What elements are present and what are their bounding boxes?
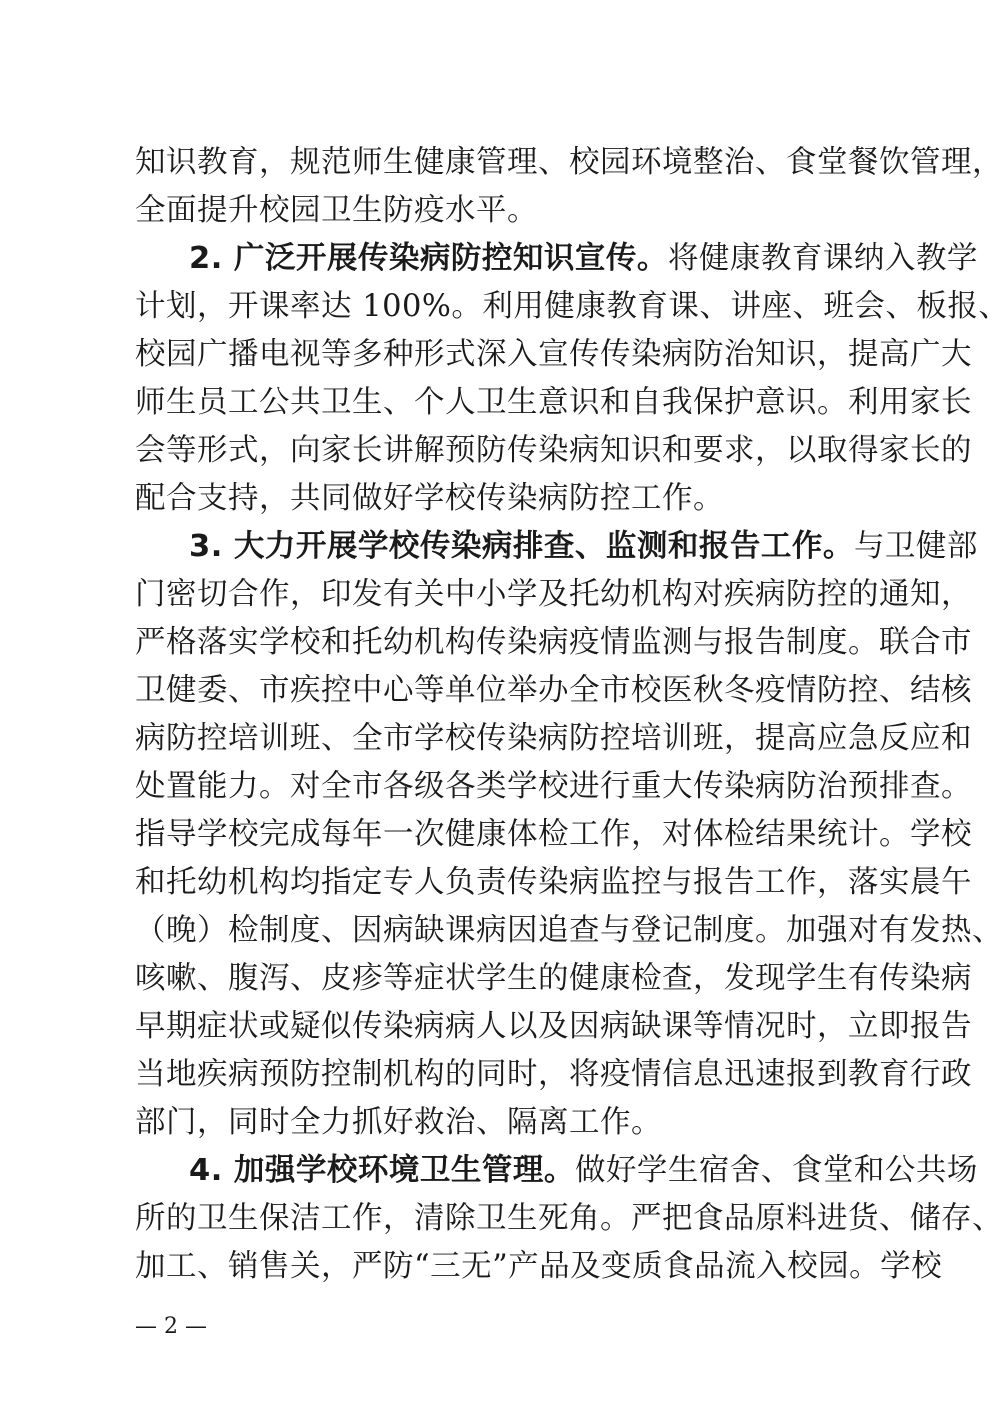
text-line: 配合支持，共同做好学校传染病防控工作。 (135, 476, 865, 522)
text-line: 处置能力。对全市各级各类学校进行重大传染病防治预排查。 (135, 764, 865, 810)
text-line: 全面提升校园卫生防疫水平。 (135, 188, 865, 234)
text-line: 所的卫生保洁工作，清除卫生死角。严把食品原料进货、储存、 (135, 1196, 865, 1242)
text-segment: 与卫健部 (854, 529, 978, 564)
text-line: 会等形式，向家长讲解预防传染病知识和要求，以取得家长的 (135, 428, 865, 474)
text-segment: 将健康教育课纳入教学 (668, 241, 978, 276)
text-line: 当地疾病预防控制机构的同时，将疫情信息迅速报到教育行政 (135, 1052, 865, 1098)
text-line: 卫健委、市疾控中心等单位举办全市校医秋冬疫情防控、结核 (135, 668, 865, 714)
text-line: 早期症状或疑似传染病病人以及因病缺课等情况时，立即报告 (135, 1004, 865, 1050)
text-line: 咳嗽、腹泻、皮疹等症状学生的健康检查，发现学生有传染病 (135, 956, 865, 1002)
text-line: 严格落实学校和托幼机构传染病疫情监测与报告制度。联合市 (135, 620, 865, 666)
text-line: （晚）检制度、因病缺课病因追查与登记制度。加强对有发热、 (135, 908, 865, 954)
item-4-first-line: 4. 加强学校环境卫生管理。做好学生宿舍、食堂和公共场 (135, 1148, 865, 1194)
item-2-heading: 2. 广泛开展传染病防控知识宣传。 (189, 241, 668, 276)
item-4-heading: 4. 加强学校环境卫生管理。 (189, 1153, 575, 1188)
text-line: 校园广播电视等多种形式深入宣传传染病防治知识，提高广大 (135, 332, 865, 378)
item-2-first-line: 2. 广泛开展传染病防控知识宣传。将健康教育课纳入教学 (135, 236, 865, 282)
text-line: 加工、销售关，严防“三无”产品及变质食品流入校园。学校 (135, 1244, 865, 1290)
text-line: 和托幼机构均指定专人负责传染病监控与报告工作，落实晨午 (135, 860, 865, 906)
text-line: 师生员工公共卫生、个人卫生意识和自我保护意识。利用家长 (135, 380, 865, 426)
text-segment: 做好学生宿舍、食堂和公共场 (575, 1153, 978, 1188)
page-number: — 2 — (135, 1313, 207, 1341)
text-line: 病防控培训班、全市学校传染病防控培训班，提高应急反应和 (135, 716, 865, 762)
text-line: 知识教育，规范师生健康管理、校园环境整治、食堂餐饮管理， (135, 140, 865, 186)
text-line: 部门，同时全力抓好救治、隔离工作。 (135, 1100, 865, 1146)
text-line: 门密切合作，印发有关中小学及托幼机构对疾病防控的通知， (135, 572, 865, 618)
item-3-heading: 3. 大力开展学校传染病排查、监测和报告工作。 (189, 529, 854, 564)
text-line: 指导学校完成每年一次健康体检工作，对体检结果统计。学校 (135, 812, 865, 858)
text-line: 计划，开课率达 100%。利用健康教育课、讲座、班会、板报、 (135, 284, 865, 330)
item-3-first-line: 3. 大力开展学校传染病排查、监测和报告工作。与卫健部 (135, 524, 865, 570)
